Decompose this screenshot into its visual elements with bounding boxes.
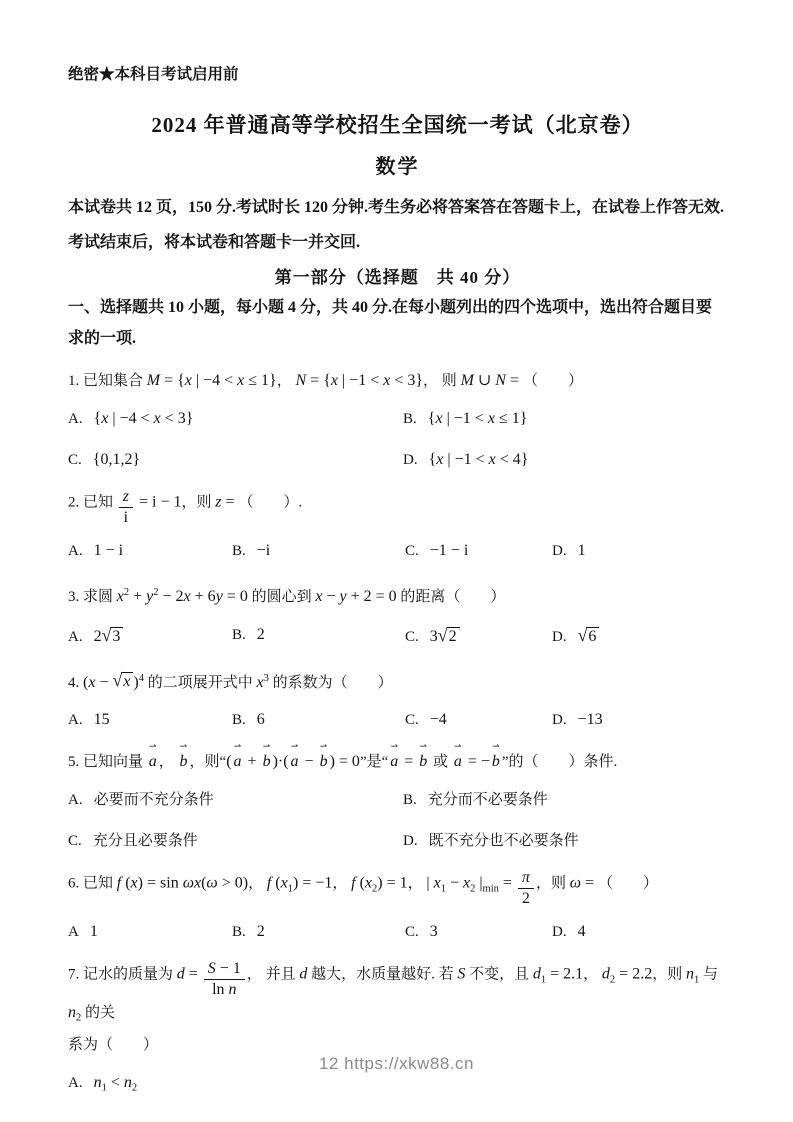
- options: A1B.2C.3D.4: [68, 917, 727, 947]
- stem-text: ，: [408, 876, 427, 892]
- question-5: 5. 已知向量 ⇀a， ⇀b，则“(⇀a + ⇀b)·(⇀a − ⇀b) = 0…: [68, 748, 727, 856]
- option-content: −i: [257, 536, 270, 566]
- math-text: i: [124, 509, 128, 526]
- vector-arrow-icon: ⇀: [291, 743, 299, 752]
- option-label: D.: [403, 826, 418, 856]
- math-text: S − 1: [208, 960, 241, 977]
- radical: √2: [438, 628, 460, 645]
- stem-text: （ ）: [598, 876, 658, 892]
- subject-title: 数学: [68, 153, 727, 181]
- vector: ⇀b: [178, 748, 190, 775]
- math-text: ) = −1: [293, 875, 332, 892]
- option: B.−i: [232, 536, 405, 566]
- stem-text: 必要而不充分条件: [94, 792, 214, 808]
- numerator: S − 1: [204, 960, 245, 980]
- stem-text: （ ）: [523, 373, 583, 389]
- fraction: zi: [119, 488, 133, 527]
- math-text: 2: [257, 626, 265, 643]
- math-text: {x | −1 < x < 4}: [429, 451, 529, 468]
- option: D.−13: [552, 705, 727, 735]
- option-content: 1: [578, 536, 586, 566]
- math-text: x: [117, 588, 124, 605]
- math-text: ω =: [570, 875, 598, 892]
- option: B.2: [232, 917, 405, 947]
- math-text: 1: [90, 923, 98, 940]
- option-label: D.: [552, 917, 567, 947]
- radical: √3: [102, 628, 124, 645]
- math-text: < n: [107, 1074, 132, 1091]
- option-label: B.: [403, 785, 417, 815]
- option: D.√6: [552, 620, 727, 652]
- denominator: ln n: [204, 980, 245, 999]
- stem-text: 充分且必要条件: [93, 833, 198, 849]
- exam-notice: 本试卷共 12 页，150 分.考试时长 120 分钟.考生务必将答案答在答题卡…: [68, 190, 727, 260]
- math-text: n: [94, 1074, 102, 1091]
- math-text: f (x) =: [117, 875, 160, 892]
- denominator: 2: [518, 889, 534, 908]
- stem-text: 越大，水质量越好. 若: [307, 967, 457, 983]
- options: A.1 − iB.−iC.−1 − iD.1: [68, 536, 727, 566]
- radicand: 2: [447, 627, 460, 645]
- radical: √x: [112, 673, 133, 690]
- option: B.充分而不必要条件: [403, 785, 727, 815]
- question-stem: 3. 求圆 x2 + y2 − 2x + 6y = 0 的圆心到 x − y +…: [68, 579, 727, 611]
- vector-arrow-icon: ⇀: [320, 743, 328, 752]
- stem-text: ，: [248, 876, 267, 892]
- option: B.6: [232, 705, 405, 735]
- math-text: =: [499, 875, 516, 892]
- math-text: d: [602, 966, 610, 983]
- options: A.必要而不充分条件B.充分而不必要条件C.充分且必要条件D.既不充分也不必要条…: [68, 785, 727, 856]
- math-text: d =: [177, 966, 202, 983]
- question-stem: 6. 已知 f (x) = sin ωx(ω > 0)， f (x1) = −1…: [68, 869, 727, 908]
- option: A.1 − i: [68, 536, 232, 566]
- math-text: f (x: [351, 875, 372, 892]
- option-label: C.: [68, 826, 82, 856]
- vector: ⇀a: [388, 748, 400, 775]
- math-text: 2: [257, 923, 265, 940]
- math-text: x: [257, 673, 264, 690]
- option-label: D.: [552, 536, 567, 566]
- option-content: 6: [257, 705, 265, 735]
- vector: ⇀a: [232, 748, 244, 775]
- stem-text: ，: [583, 967, 602, 983]
- option-label: C.: [405, 622, 419, 652]
- math-text: = −: [464, 753, 490, 770]
- stem-text: 2. 已知: [68, 495, 117, 511]
- stem-text: ，: [159, 754, 178, 770]
- denominator: i: [119, 508, 133, 527]
- math-text: 4: [578, 923, 586, 940]
- stem-text: 充分而不必要条件: [428, 792, 548, 808]
- math-text: −13: [578, 711, 603, 728]
- option-content: 1 − i: [94, 536, 123, 566]
- question-7: 7. 记水的质量为 d = S − 1ln n， 并且 d 越大，水质量越好. …: [68, 960, 727, 1103]
- question-stem: 5. 已知向量 ⇀a， ⇀b，则“(⇀a + ⇀b)·(⇀a − ⇀b) = 0…: [68, 748, 727, 776]
- vector: ⇀a: [289, 748, 301, 775]
- option-label: D.: [552, 622, 567, 652]
- math-text: M ∪ N =: [461, 372, 523, 389]
- notice-line: 考试结束后，将本试卷和答题卡一并交回.: [68, 225, 727, 260]
- radical: √6: [578, 628, 600, 645]
- vector: ⇀b: [261, 748, 273, 775]
- exam-page: 绝密★本科目考试启用前 2024 年普通高等学校招生全国统一考试（北京卷） 数学…: [0, 0, 793, 1103]
- option-content: 充分且必要条件: [93, 826, 198, 856]
- radicand: 6: [586, 627, 599, 645]
- stem-text: 的关: [81, 1005, 115, 1021]
- option: D.1: [552, 536, 727, 566]
- math-text: =: [400, 753, 417, 770]
- part-one-heading: 第一部分（选择题 共 40 分）: [68, 263, 727, 292]
- stem-text: ”是“: [360, 754, 388, 770]
- classification-banner: 绝密★本科目考试启用前: [68, 64, 727, 86]
- option-content: 1: [90, 917, 98, 947]
- option: B.{x | −1 < x ≤ 1}: [403, 404, 727, 434]
- stem-text: ，则“: [190, 754, 227, 770]
- math-text: M = {x | −4 < x ≤ 1}: [147, 372, 277, 389]
- stem-text: ，则: [652, 967, 686, 983]
- math-text: {x | −4 < x < 3}: [94, 410, 194, 427]
- option-content: {x | −4 < x < 3}: [94, 404, 194, 434]
- option-label: B.: [403, 404, 417, 434]
- question-stem: 1. 已知集合 M = {x | −4 < x ≤ 1}， N = {x | −…: [68, 367, 727, 395]
- option-label: C.: [405, 917, 419, 947]
- vector-arrow-icon: ⇀: [149, 743, 157, 752]
- options: A.{x | −4 < x < 3}B.{x | −1 < x ≤ 1}C.{0…: [68, 404, 727, 475]
- option-content: 15: [94, 705, 110, 735]
- stem-text: 6. 已知: [68, 876, 117, 892]
- stem-text: 或: [429, 754, 452, 770]
- question-4: 4. (x − √x)4 的二项展开式中 x3 的系数为（ ）A.15B.6C.…: [68, 665, 727, 736]
- math-text: )·(: [273, 753, 289, 770]
- vector: ⇀a: [147, 748, 159, 775]
- question-stem: 7. 记水的质量为 d = S − 1ln n， 并且 d 越大，水质量越好. …: [68, 960, 727, 1031]
- math-text: x − y + 2 = 0: [315, 588, 396, 605]
- option-content: 2: [257, 620, 265, 650]
- stem-text: ，: [277, 373, 296, 389]
- option: A.15: [68, 705, 232, 735]
- stem-text: 7. 记水的质量为: [68, 967, 177, 983]
- option-content: {x | −1 < x ≤ 1}: [428, 404, 528, 434]
- math-text: f (x: [267, 875, 288, 892]
- watermark-footer: 12 https://xkw88.cn: [0, 1054, 793, 1074]
- option-label: A.: [68, 705, 83, 735]
- option-content: 2√3: [94, 620, 124, 652]
- math-text: | x: [426, 875, 440, 892]
- math-text: −1 − i: [430, 542, 469, 559]
- math-text: d: [533, 966, 541, 983]
- option: A.{x | −4 < x < 3}: [68, 404, 403, 434]
- option: C.充分且必要条件: [68, 826, 403, 856]
- option-content: √6: [578, 620, 600, 652]
- math-text: ) = 0: [330, 753, 360, 770]
- math-text: −4: [430, 711, 447, 728]
- math-text: sin: [160, 875, 183, 892]
- math-text: ωx(ω > 0): [183, 875, 248, 892]
- math-text: |: [475, 875, 482, 892]
- math-text: + y: [129, 588, 153, 605]
- radicand: x: [121, 672, 133, 690]
- instructions-line: 求的一项.: [68, 323, 727, 354]
- math-text: −: [301, 753, 318, 770]
- stem-text: 的距离（ ）: [397, 589, 506, 605]
- option: D.4: [552, 917, 727, 947]
- option: D.{x | −1 < x < 4}: [403, 445, 727, 475]
- math-text: z =: [215, 494, 238, 511]
- math-text: = 2.2: [615, 966, 652, 983]
- option: A.必要而不充分条件: [68, 785, 403, 815]
- option-label: C.: [405, 536, 419, 566]
- math-text: 3: [430, 628, 438, 645]
- option: C.3: [405, 917, 552, 947]
- stem-text: 的圆心到: [248, 589, 316, 605]
- vector-arrow-icon: ⇀: [390, 743, 398, 752]
- math-text: 2: [94, 628, 102, 645]
- fraction: S − 1ln n: [204, 960, 245, 999]
- math-text: 1: [578, 542, 586, 559]
- math-text: 15: [94, 711, 110, 728]
- subscript: 2: [132, 1082, 137, 1093]
- option-content: 必要而不充分条件: [94, 785, 214, 815]
- question-3: 3. 求圆 x2 + y2 − 2x + 6y = 0 的圆心到 x − y +…: [68, 579, 727, 652]
- question-2: 2. 已知 zi = i − 1，则 z = （ ）.A.1 − iB.−iC.…: [68, 488, 727, 566]
- vector: ⇀a: [452, 748, 464, 775]
- subscript: min: [483, 884, 499, 895]
- option-content: 3: [430, 917, 438, 947]
- math-text: {0,1,2}: [93, 451, 140, 468]
- math-text: N = {x | −1 < x < 3}: [296, 372, 424, 389]
- option-content: 既不充分也不必要条件: [429, 826, 579, 856]
- math-text: −i: [257, 542, 270, 559]
- math-text: 1 − i: [94, 542, 123, 559]
- section-instructions: 一、选择题共 10 小题，每小题 4 分，共 40 分.在每小题列出的四个选项中…: [68, 292, 727, 354]
- vector: ⇀b: [417, 748, 429, 775]
- option: D.既不充分也不必要条件: [403, 826, 727, 856]
- notice-line: 本试卷共 12 页，150 分.考试时长 120 分钟.考生务必将答案答在答题卡…: [68, 190, 727, 225]
- option-content: 充分而不必要条件: [428, 785, 548, 815]
- vector-arrow-icon: ⇀: [454, 743, 462, 752]
- stem-text: ， 并且: [247, 967, 300, 983]
- option: A.2√3: [68, 620, 232, 652]
- option-label: A.: [68, 404, 83, 434]
- math-text: 3: [430, 923, 438, 940]
- math-text: 2: [522, 890, 530, 907]
- exam-title: 2024 年普通高等学校招生全国统一考试（北京卷）: [68, 110, 727, 140]
- question-1: 1. 已知集合 M = {x | −4 < x ≤ 1}， N = {x | −…: [68, 367, 727, 475]
- math-text: {x | −1 < x ≤ 1}: [428, 410, 528, 427]
- vector: ⇀b: [490, 748, 502, 775]
- option-label: A.: [68, 785, 83, 815]
- option-label: C.: [68, 445, 82, 475]
- math-text: − 1: [156, 494, 181, 511]
- math-text: n: [68, 1004, 76, 1021]
- stem-text: 1. 已知集合: [68, 373, 147, 389]
- options: A.15B.6C.−4D.−13: [68, 705, 727, 735]
- stem-text: 的二项展开式中: [144, 674, 257, 690]
- option-content: 3√2: [430, 620, 460, 652]
- option-label: D.: [552, 705, 567, 735]
- option-label: A.: [68, 622, 83, 652]
- option-content: −13: [578, 705, 603, 735]
- vector-arrow-icon: ⇀: [420, 743, 428, 752]
- option: C.−1 − i: [405, 536, 552, 566]
- options: A.2√3B.2C.3√2D.√6: [68, 620, 727, 652]
- stem-text: 与: [699, 967, 722, 983]
- option-content: −1 − i: [430, 536, 469, 566]
- question-stem: 2. 已知 zi = i − 1，则 z = （ ）.: [68, 488, 727, 527]
- option-label: A: [68, 917, 79, 947]
- option-content: 2: [257, 917, 265, 947]
- math-text: =: [135, 494, 152, 511]
- stem-text: ，则: [536, 876, 570, 892]
- stem-text: ，: [332, 876, 351, 892]
- stem-text: 系为（ ）: [68, 1037, 158, 1053]
- option: A1: [68, 917, 232, 947]
- option-content: 4: [578, 917, 586, 947]
- option-content: {0,1,2}: [93, 445, 140, 475]
- stem-text: ，则: [182, 495, 216, 511]
- math-text: ) = 1: [377, 875, 407, 892]
- math-text: = 2.1: [546, 966, 583, 983]
- option-content: {x | −1 < x < 4}: [429, 445, 529, 475]
- option: C.{0,1,2}: [68, 445, 403, 475]
- questions: 1. 已知集合 M = {x | −4 < x ≤ 1}， N = {x | −…: [68, 367, 727, 1103]
- question-6: 6. 已知 f (x) = sin ωx(ω > 0)， f (x1) = −1…: [68, 869, 727, 947]
- option-label: B.: [232, 917, 246, 947]
- option-label: C.: [405, 705, 419, 735]
- stem-text: （ ）.: [239, 495, 303, 511]
- vector-arrow-icon: ⇀: [263, 743, 271, 752]
- math-text: n: [686, 966, 694, 983]
- math-text: 6: [257, 711, 265, 728]
- option: B.2: [232, 620, 405, 652]
- math-text: n: [229, 981, 237, 998]
- numerator: z: [119, 488, 133, 508]
- vector-arrow-icon: ⇀: [180, 743, 188, 752]
- vector-arrow-icon: ⇀: [492, 743, 500, 752]
- math-text: z: [123, 488, 129, 505]
- fraction: π2: [518, 869, 534, 908]
- radicand: 3: [110, 627, 123, 645]
- option-label: B.: [232, 620, 246, 650]
- stem-text: 既不充分也不必要条件: [429, 833, 579, 849]
- stem-text: ”的（ ）条件.: [502, 754, 617, 770]
- numerator: π: [518, 869, 534, 889]
- stem-text: 5. 已知向量: [68, 754, 147, 770]
- question-stem: 4. (x − √x)4 的二项展开式中 x3 的系数为（ ）: [68, 665, 727, 697]
- math-text: ln: [212, 981, 228, 998]
- option: C.3√2: [405, 620, 552, 652]
- math-text: +: [244, 753, 261, 770]
- stem-text: 不变，且: [465, 967, 533, 983]
- option-label: A.: [68, 536, 83, 566]
- option-label: B.: [232, 705, 246, 735]
- option-content: −4: [430, 705, 447, 735]
- instructions-line: 一、选择题共 10 小题，每小题 4 分，共 40 分.在每小题列出的四个选项中…: [68, 292, 727, 323]
- math-text: − x: [446, 875, 470, 892]
- stem-text: 4.: [68, 674, 83, 690]
- math-text: (x −: [83, 673, 112, 690]
- option-label: B.: [232, 536, 246, 566]
- stem-text: 3. 求圆: [68, 589, 117, 605]
- vector-arrow-icon: ⇀: [234, 743, 242, 752]
- stem-text: 的系数为（ ）: [269, 674, 393, 690]
- vector: ⇀b: [318, 748, 330, 775]
- math-text: − 2x + 6y = 0: [159, 588, 248, 605]
- option: C.−4: [405, 705, 552, 735]
- option-label: D.: [403, 445, 418, 475]
- stem-text: ， 则: [423, 373, 461, 389]
- math-text: π: [522, 869, 530, 886]
